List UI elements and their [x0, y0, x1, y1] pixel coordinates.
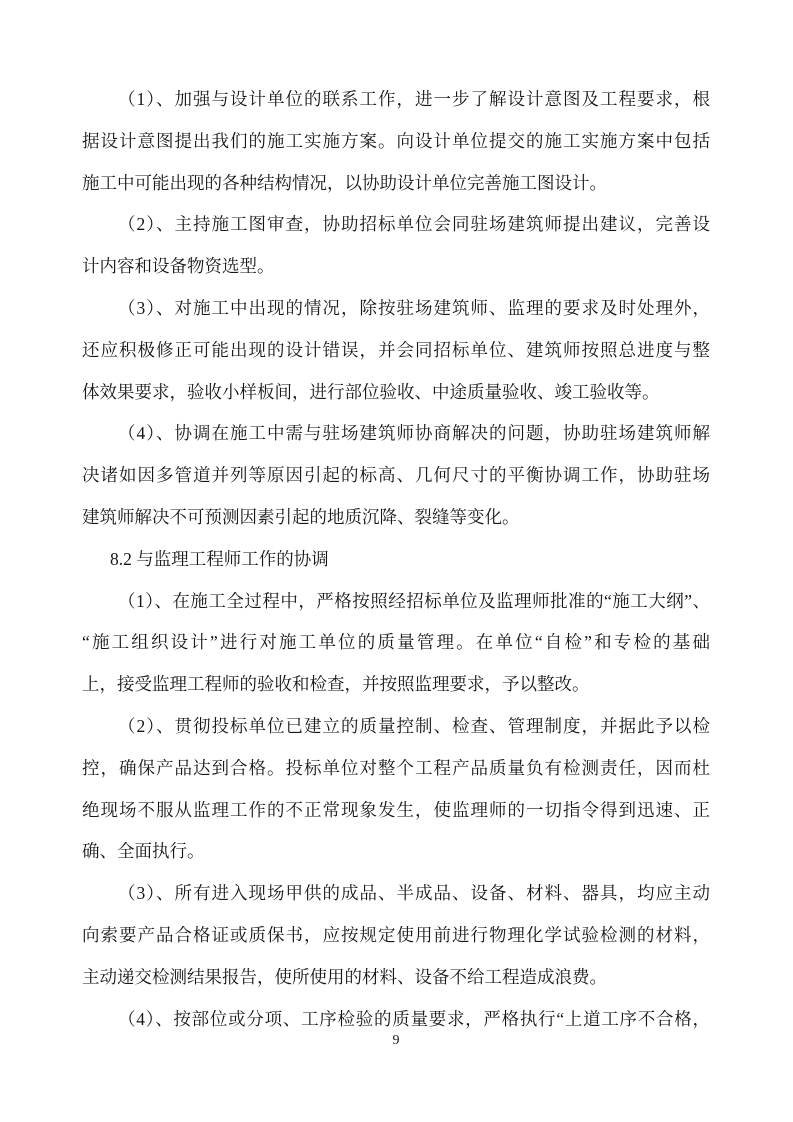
text-line: 确、全面执行。 — [82, 831, 710, 873]
text-line: （3）、所有进入现场甲供的成品、半成品、设备、材料、器具，均应主动 — [82, 873, 710, 915]
page-number: 9 — [82, 1031, 710, 1051]
text-line: 建筑师解决不可预测因素引起的地质沉降、裂缝等变化。 — [82, 497, 710, 539]
paragraph: （4）、协调在施工中需与驻场建筑师协商解决的问题，协助驻场建筑师解决诸如因多管道… — [82, 413, 710, 538]
text-line: 还应积极修正可能出现的设计错误，并会同招标单位、建筑师按照总进度与整 — [82, 330, 710, 372]
text-line: 绝现场不服从监理工作的不正常现象发生，使监理师的一切指令得到迅速、正 — [82, 790, 710, 832]
paragraph: （1）、在施工全过程中，严格按照经招标单位及监理师批准的“施工大纲”、“施工组织… — [82, 581, 710, 706]
text-line: 8.2 与监理工程师工作的协调 — [82, 539, 710, 581]
paragraph: （2）、贯彻投标单位已建立的质量控制、检查、管理制度，并据此予以检控，确保产品达… — [82, 706, 710, 873]
text-line: 施工中可能出现的各种结构情况，以协助设计单位完善施工图设计。 — [82, 163, 710, 205]
text-line: “施工组织设计”进行对施工单位的质量管理。在单位“自检”和专检的基础 — [82, 622, 710, 664]
paragraph: （3）、对施工中出现的情况，除按驻场建筑师、监理的要求及时处理外，还应积极修正可… — [82, 288, 710, 413]
text-line: （3）、对施工中出现的情况，除按驻场建筑师、监理的要求及时处理外， — [82, 288, 710, 330]
text-line: 上，接受监理工程师的验收和检查，并按照监理要求，予以整改。 — [82, 664, 710, 706]
text-line: 决诸如因多管道并列等原因引起的标高、几何尺寸的平衡协调工作，协助驻场 — [82, 455, 710, 497]
text-line: 计内容和设备物资选型。 — [82, 246, 710, 288]
paragraph: （1）、加强与设计单位的联系工作，进一步了解设计意图及工程要求，根据设计意图提出… — [82, 79, 710, 204]
section-heading: 8.2 与监理工程师工作的协调 — [82, 539, 710, 581]
paragraph: （2）、主持施工图审查，协助招标单位会同驻场建筑师提出建议，完善设计内容和设备物… — [82, 204, 710, 288]
text-line: （4）、协调在施工中需与驻场建筑师协商解决的问题，协助驻场建筑师解 — [82, 413, 710, 455]
document-body: （1）、加强与设计单位的联系工作，进一步了解设计意图及工程要求，根据设计意图提出… — [82, 79, 710, 1040]
text-line: 主动递交检测结果报告，使所使用的材料、设备不给工程造成浪费。 — [82, 957, 710, 999]
paragraph: （3）、所有进入现场甲供的成品、半成品、设备、材料、器具，均应主动向索要产品合格… — [82, 873, 710, 998]
text-line: 控，确保产品达到合格。投标单位对整个工程产品质量负有检测责任，因而杜 — [82, 748, 710, 790]
text-line: （1）、在施工全过程中，严格按照经招标单位及监理师批准的“施工大纲”、 — [82, 581, 710, 623]
text-line: （1）、加强与设计单位的联系工作，进一步了解设计意图及工程要求，根 — [82, 79, 710, 121]
text-line: （2）、贯彻投标单位已建立的质量控制、检查、管理制度，并据此予以检 — [82, 706, 710, 748]
text-line: 据设计意图提出我们的施工实施方案。向设计单位提交的施工实施方案中包括 — [82, 121, 710, 163]
text-line: 体效果要求，验收小样板间，进行部位验收、中途质量验收、竣工验收等。 — [82, 372, 710, 414]
document-page: （1）、加强与设计单位的联系工作，进一步了解设计意图及工程要求，根据设计意图提出… — [0, 0, 793, 1122]
text-line: 向索要产品合格证或质保书，应按规定使用前进行物理化学试验检测的材料， — [82, 915, 710, 957]
text-line: （2）、主持施工图审查，协助招标单位会同驻场建筑师提出建议，完善设 — [82, 204, 710, 246]
